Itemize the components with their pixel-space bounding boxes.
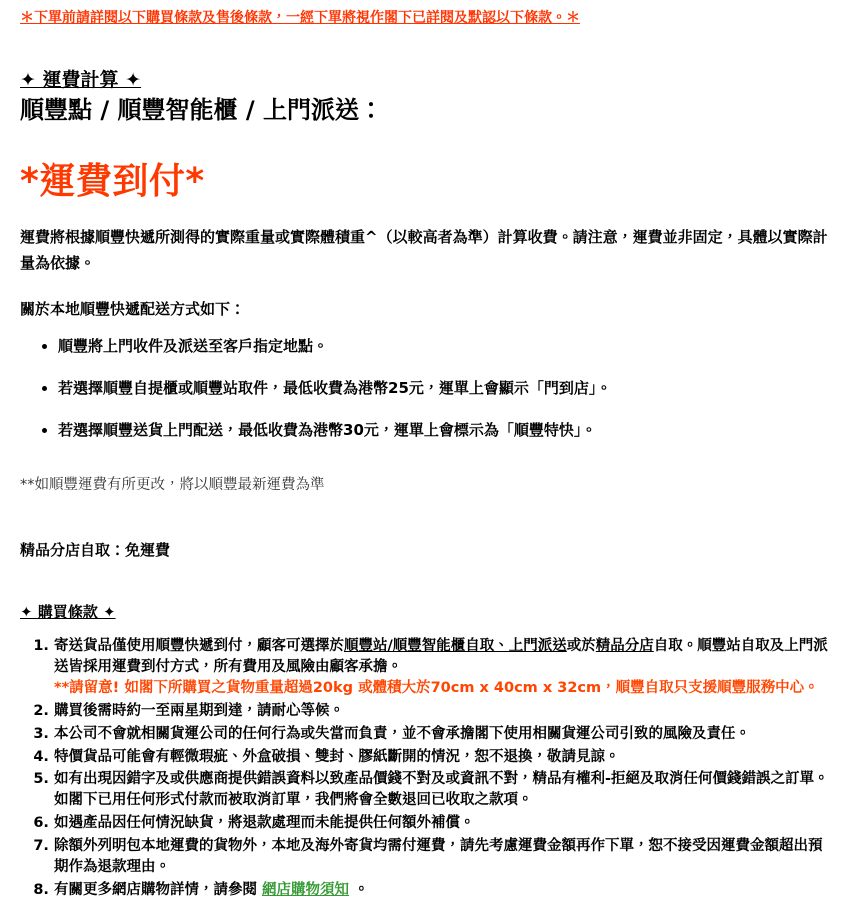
list-item-locker-station-fee: 若選擇順豐自提櫃或順豐站取件，最低收費為港幣25元，運單上會顯示「門到店」。 (58, 378, 835, 399)
term1-underlined-store: 精品分店 (596, 638, 654, 654)
term-item-discounted-goods: 特價貨品可能會有輕微瑕疵、外盒破損、雙封、膠紙斷開的情況，恕不退換，敬請見諒。 (54, 747, 835, 768)
freight-collect-banner: *運費到付* (20, 160, 835, 203)
term-item-more-info: 有關更多網店購物詳情，請參閱 網店購物須知 。 (54, 880, 835, 901)
purchase-terms-list: 寄送貨品僅使用順豐快遞到付，顧客可選擇於順豐站/順豐智能櫃自取、上門派送或於精品… (20, 636, 835, 901)
fee-calculation-paragraph: 運費將根據順豐快遞所測得的實際重量或實際體積重^（以較高者為準）計算收費。請注意… (20, 224, 835, 277)
term-item-shipping-options: 寄送貨品僅使用順豐快遞到付，顧客可選擇於順豐站/順豐智能櫃自取、上門派送或於精品… (54, 636, 835, 699)
term-item-out-of-stock: 如遇產品因任何情況缺貨，將退款處理而未能提供任何額外補償。 (54, 813, 835, 834)
shipping-fee-heading: ✦ 運費計算 ✦ (20, 69, 835, 92)
store-pickup-free-line: 精品分店自取：免運費 (20, 540, 835, 561)
term1-text-a: 寄送貨品僅使用順豐快遞到付，顧客可選擇於 (54, 638, 344, 654)
delivery-methods-list: 順豐將上門收件及派送至客戶指定地點。 若選擇順豐自提櫃或順豐站取件，最低收費為港… (20, 336, 835, 441)
pre-order-notice: ＊下單前請詳閱以下購買條款及售後條款，一經下單將視作閣下已詳閱及默認以下條款。＊ (20, 10, 835, 27)
weight-size-warning: **請留意! 如閣下所購買之貨物重量超過20kg 或體積大於70cm x 40c… (54, 678, 835, 699)
list-item-home-delivery-fee: 若選擇順豐送貨上門配送，最低收費為港幣30元，運單上會標示為「順豐特快」。 (58, 420, 835, 441)
term-item-price-error: 如有出現因錯字及或供應商提供錯誤資料以致產品價錢不對及或資訊不對，精品有權利-拒… (54, 769, 835, 811)
fee-change-note: **如順豐運費有所更改，將以順豐最新運費為準 (20, 475, 835, 495)
shopping-guide-link[interactable]: 網店購物須知 (262, 882, 349, 898)
purchase-terms-heading: ✦ 購買條款 ✦ (20, 603, 835, 623)
term-item-delivery-time: 購買後需時約一至兩星期到達，請耐心等候。 (54, 701, 835, 722)
term1-underlined-options: 順豐站/順豐智能櫃自取、上門派送 (344, 638, 567, 654)
term-item-courier-liability: 本公司不會就相關貨運公司的任何行為或失當而負責，並不會承擔閣下使用相關貨運公司引… (54, 724, 835, 745)
term1-text-b: 或於 (567, 638, 596, 654)
term8-suffix: 。 (349, 882, 369, 898)
delivery-methods-intro: 關於本地順豐快遞配送方式如下： (20, 296, 835, 322)
purchase-terms-heading-text: ✦ 購買條款 ✦ (20, 603, 116, 621)
shipping-fee-section: ✦ 運費計算 ✦ 順豐點 / 順豐智能櫃 / 上門派送： *運費到付* 運費將根… (20, 69, 835, 561)
term-item-shipping-cost-refund: 除額外列明包本地運費的貨物外，本地及海外寄貨均需付運費，請先考慮運費金額再作下單… (54, 836, 835, 878)
delivery-options-subheading: 順豐點 / 順豐智能櫃 / 上門派送： (20, 96, 835, 125)
store-terms-page: ＊下單前請詳閱以下購買條款及售後條款，一經下單將視作閣下已詳閱及默認以下條款。＊… (0, 0, 861, 919)
purchase-terms-section: ✦ 購買條款 ✦ 寄送貨品僅使用順豐快遞到付，顧客可選擇於順豐站/順豐智能櫃自取… (20, 603, 835, 901)
term8-prefix: 有關更多網店購物詳情，請參閱 (54, 882, 262, 898)
shipping-fee-heading-text: ✦ 運費計算 ✦ (20, 69, 141, 91)
list-item-door-pickup: 順豐將上門收件及派送至客戶指定地點。 (58, 336, 835, 357)
